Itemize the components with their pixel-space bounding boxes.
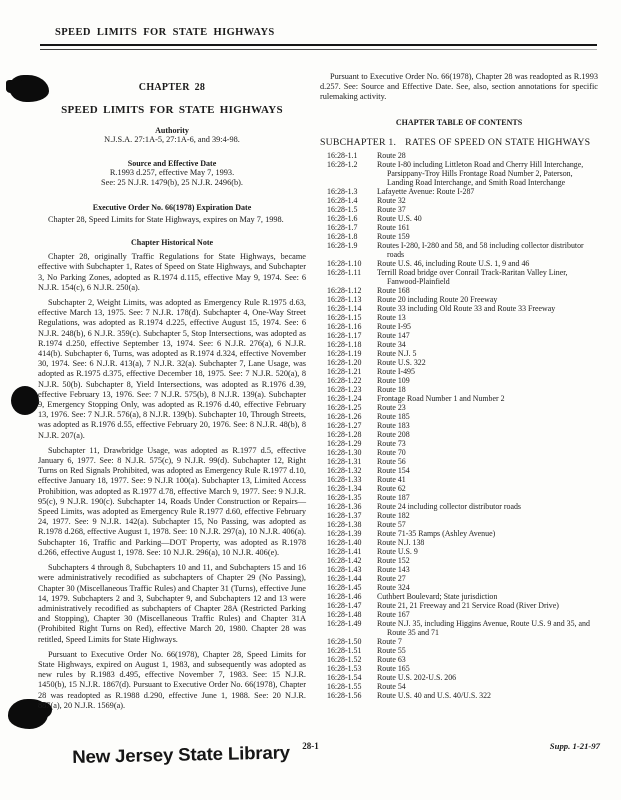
toc-entry: 16:28-1.14 Route 33 including Old Route … <box>320 304 598 313</box>
toc-entry: 16:28-1.17 Route 147 <box>320 331 598 340</box>
toc-entry-number: 16:28-1.18 <box>327 340 377 349</box>
toc-entry: 16:28-1.9 Routes I-280, I-280 and 58, an… <box>320 241 598 259</box>
toc-entry: 16:28-1.49 Route N.J. 35, including Higg… <box>320 619 598 637</box>
toc-entry-title: Cuthbert Boulevard; State jurisdiction <box>377 592 598 601</box>
toc-entry-number: 16:28-1.15 <box>327 313 377 322</box>
chapter-number-heading: CHAPTER 28 <box>38 82 306 93</box>
toc-entry-title: Route 208 <box>377 430 598 439</box>
toc-entry-number: 16:28-1.56 <box>327 691 377 700</box>
toc-entry-number: 16:28-1.5 <box>327 205 377 214</box>
toc-entry-number: 16:28-1.27 <box>327 421 377 430</box>
toc-entry: 16:28-1.12 Route 168 <box>320 286 598 295</box>
historical-paragraph: Subchapter 11, Drawbridge Usage, was ado… <box>38 446 306 558</box>
toc-entry-number: 16:28-1.53 <box>327 664 377 673</box>
expiration-heading: Executive Order No. 66(1978) Expiration … <box>38 203 306 212</box>
toc-entry-number: 16:28-1.22 <box>327 376 377 385</box>
toc-entry-title: Route N.J. 5 <box>377 349 598 358</box>
toc-entry: 16:28-1.45 Route 324 <box>320 583 598 592</box>
toc-entry: 16:28-1.52 Route 63 <box>320 655 598 664</box>
toc-entry-title: Route U.S. 9 <box>377 547 598 556</box>
toc-entry-number: 16:28-1.20 <box>327 358 377 367</box>
toc-entry-title: Route N.J. 138 <box>377 538 598 547</box>
toc-entry-number: 16:28-1.9 <box>327 241 377 259</box>
toc-entry: 16:28-1.41 Route U.S. 9 <box>320 547 598 556</box>
toc-entry-number: 16:28-1.55 <box>327 682 377 691</box>
toc-entry: 16:28-1.26 Route 185 <box>320 412 598 421</box>
chapter-title-heading: SPEED LIMITS FOR STATE HIGHWAYS <box>38 104 306 116</box>
toc-entry-number: 16:28-1.30 <box>327 448 377 457</box>
toc-entry: 16:28-1.30 Route 70 <box>320 448 598 457</box>
toc-entry-title: Route 147 <box>377 331 598 340</box>
toc-entry-title: Route 187 <box>377 493 598 502</box>
toc-entry-title: Route 55 <box>377 646 598 655</box>
subchapter-title: RATES OF SPEED ON STATE HIGHWAYS <box>405 137 590 148</box>
source-heading: Source and Effective Date <box>38 159 306 168</box>
toc-entry-number: 16:28-1.8 <box>327 232 377 241</box>
historical-paragraph: Pursuant to Executive Order No. 66(1978)… <box>38 650 306 711</box>
toc-entry: 16:28-1.40 Route N.J. 138 <box>320 538 598 547</box>
toc-entry-title: Route 109 <box>377 376 598 385</box>
toc-entry-number: 16:28-1.25 <box>327 403 377 412</box>
toc-entry-number: 16:28-1.28 <box>327 430 377 439</box>
toc-entry: 16:28-1.16 Route I-95 <box>320 322 598 331</box>
toc-entry-number: 16:28-1.6 <box>327 214 377 223</box>
toc-entry: 16:28-1.32 Route 154 <box>320 466 598 475</box>
toc-entry: 16:28-1.11 Terrill Road bridge over Conr… <box>320 268 598 286</box>
toc-entry-number: 16:28-1.47 <box>327 601 377 610</box>
toc-entry: 16:28-1.56 Route U.S. 40 and U.S. 40/U.S… <box>320 691 598 700</box>
toc-entry: 16:28-1.46 Cuthbert Boulevard; State jur… <box>320 592 598 601</box>
subchapter-label: SUBCHAPTER 1. <box>320 137 396 148</box>
historical-note-paragraphs: Chapter 28, originally Traffic Regulatio… <box>38 252 306 711</box>
toc-entry: 16:28-1.54 Route U.S. 202-U.S. 206 <box>320 673 598 682</box>
toc-entry-title: Route 18 <box>377 385 598 394</box>
toc-entry: 16:28-1.19 Route N.J. 5 <box>320 349 598 358</box>
toc-entry-title: Route 21, 21 Freeway and 21 Service Road… <box>377 601 598 610</box>
toc-entry-number: 16:28-1.45 <box>327 583 377 592</box>
toc-entry-number: 16:28-1.40 <box>327 538 377 547</box>
toc-entry-title: Route 152 <box>377 556 598 565</box>
toc-entry-number: 16:28-1.42 <box>327 556 377 565</box>
toc-entry: 16:28-1.23 Route 18 <box>320 385 598 394</box>
toc-entry-number: 16:28-1.29 <box>327 439 377 448</box>
toc-entry-number: 16:28-1.32 <box>327 466 377 475</box>
toc-entry-title: Route I-80 including Littleton Road and … <box>377 160 598 187</box>
toc-entry-number: 16:28-1.37 <box>327 511 377 520</box>
toc-entry: 16:28-1.51 Route 55 <box>320 646 598 655</box>
left-column: CHAPTER 28 SPEED LIMITS FOR STATE HIGHWA… <box>38 82 306 711</box>
running-header: SPEED LIMITS FOR STATE HIGHWAYS <box>55 27 275 38</box>
toc-entry-title: Route 71-35 Ramps (Ashley Avenue) <box>377 529 598 538</box>
toc-entry-number: 16:28-1.12 <box>327 286 377 295</box>
historical-note-heading: Chapter Historical Note <box>38 238 306 247</box>
toc-entry-title: Route 33 including Old Route 33 and Rout… <box>377 304 598 313</box>
toc-entry-title: Route U.S. 202-U.S. 206 <box>377 673 598 682</box>
toc-entry: 16:28-1.13 Route 20 including Route 20 F… <box>320 295 598 304</box>
toc-entry-number: 16:28-1.49 <box>327 619 377 637</box>
toc-entry: 16:28-1.3 Lafayette Avenue: Route I-287 <box>320 187 598 196</box>
header-rule-shadow <box>40 49 597 50</box>
toc-entry-title: Route 154 <box>377 466 598 475</box>
toc-entry: 16:28-1.43 Route 143 <box>320 565 598 574</box>
toc-entry-number: 16:28-1.16 <box>327 322 377 331</box>
toc-entry: 16:28-1.53 Route 165 <box>320 664 598 673</box>
toc-entry-number: 16:28-1.10 <box>327 259 377 268</box>
toc-entry-number: 16:28-1.24 <box>327 394 377 403</box>
source-line-1: R.1993 d.257, effective May 7, 1993. <box>38 168 306 178</box>
toc-entry-title: Route 20 including Route 20 Freeway <box>377 295 598 304</box>
toc-entry-number: 16:28-1.52 <box>327 655 377 664</box>
toc-entry-number: 16:28-1.38 <box>327 520 377 529</box>
toc-entry-title: Route 32 <box>377 196 598 205</box>
toc-entry-number: 16:28-1.4 <box>327 196 377 205</box>
toc-heading: CHAPTER TABLE OF CONTENTS <box>320 118 598 127</box>
toc-entry-number: 16:28-1.51 <box>327 646 377 655</box>
readoption-paragraph: Pursuant to Executive Order No. 66(1978)… <box>320 72 598 103</box>
toc-entry-title: Route 73 <box>377 439 598 448</box>
toc-entry-title: Route 161 <box>377 223 598 232</box>
toc-entry-number: 16:28-1.33 <box>327 475 377 484</box>
header-rule <box>40 44 597 46</box>
toc-entry-title: Route 167 <box>377 610 598 619</box>
toc-entry-title: Route 24 including collector distributor… <box>377 502 598 511</box>
toc-entry-title: Route 165 <box>377 664 598 673</box>
toc-entry: 16:28-1.7 Route 161 <box>320 223 598 232</box>
toc-entry-number: 16:28-1.13 <box>327 295 377 304</box>
toc-entry: 16:28-1.38 Route 57 <box>320 520 598 529</box>
toc-entry: 16:28-1.36 Route 24 including collector … <box>320 502 598 511</box>
toc-entry-number: 16:28-1.36 <box>327 502 377 511</box>
library-stamp: New Jersey State Library <box>72 742 290 768</box>
toc-entry: 16:28-1.55 Route 54 <box>320 682 598 691</box>
toc-entry-number: 16:28-1.1 <box>327 151 377 160</box>
toc-entry-title: Route 183 <box>377 421 598 430</box>
toc-entry-number: 16:28-1.35 <box>327 493 377 502</box>
toc-entry-title: Route 70 <box>377 448 598 457</box>
toc-entry: 16:28-1.20 Route U.S. 322 <box>320 358 598 367</box>
toc-entry-title: Route 13 <box>377 313 598 322</box>
footer-supplement-date: Supp. 1-21-97 <box>550 741 600 751</box>
toc-entry-number: 16:28-1.21 <box>327 367 377 376</box>
toc-entry-title: Route U.S. 40 <box>377 214 598 223</box>
toc-entry: 16:28-1.48 Route 167 <box>320 610 598 619</box>
toc-entry-title: Route 28 <box>377 151 598 160</box>
toc-entry: 16:28-1.42 Route 152 <box>320 556 598 565</box>
toc-entry-number: 16:28-1.54 <box>327 673 377 682</box>
toc-entry-number: 16:28-1.43 <box>327 565 377 574</box>
toc-entry-title: Route 27 <box>377 574 598 583</box>
toc-entry-title: Route 182 <box>377 511 598 520</box>
toc-entry: 16:28-1.1 Route 28 <box>320 151 598 160</box>
toc-entry-title: Route 57 <box>377 520 598 529</box>
toc-entry-number: 16:28-1.19 <box>327 349 377 358</box>
toc-entry: 16:28-1.28 Route 208 <box>320 430 598 439</box>
toc-entry: 16:28-1.34 Route 62 <box>320 484 598 493</box>
toc-entry: 16:28-1.18 Route 34 <box>320 340 598 349</box>
subchapter-heading: SUBCHAPTER 1.RATES OF SPEED ON STATE HIG… <box>320 138 598 149</box>
source-line-2: See: 25 N.J.R. 1479(b), 25 N.J.R. 2496(b… <box>38 178 306 188</box>
toc-entry: 16:28-1.44 Route 27 <box>320 574 598 583</box>
right-column: Pursuant to Executive Order No. 66(1978)… <box>320 72 598 700</box>
toc-entry: 16:28-1.37 Route 182 <box>320 511 598 520</box>
toc-entry-number: 16:28-1.34 <box>327 484 377 493</box>
toc-entry-title: Route U.S. 322 <box>377 358 598 367</box>
toc-entry-title: Routes I-280, I-280 and 58, and 58 inclu… <box>377 241 598 259</box>
toc-entry: 16:28-1.31 Route 56 <box>320 457 598 466</box>
toc-entry-title: Route I-95 <box>377 322 598 331</box>
toc-entry-number: 16:28-1.11 <box>327 268 377 286</box>
historical-paragraph: Subchapters 4 through 8, Subchapters 10 … <box>38 563 306 645</box>
toc-entry: 16:28-1.25 Route 23 <box>320 403 598 412</box>
toc-entry: 16:28-1.8 Route 159 <box>320 232 598 241</box>
toc-entry-title: Route U.S. 46, including Route U.S. 1, 9… <box>377 259 598 268</box>
toc-entry-number: 16:28-1.46 <box>327 592 377 601</box>
toc-entry-title: Route 159 <box>377 232 598 241</box>
toc-entry: 16:28-1.22 Route 109 <box>320 376 598 385</box>
toc-entry-title: Route 62 <box>377 484 598 493</box>
toc-entry-title: Route 143 <box>377 565 598 574</box>
toc-entry-number: 16:28-1.41 <box>327 547 377 556</box>
toc-entry: 16:28-1.21 Route I-495 <box>320 367 598 376</box>
toc-entry: 16:28-1.33 Route 41 <box>320 475 598 484</box>
toc-entry: 16:28-1.2 Route I-80 including Littleton… <box>320 160 598 187</box>
running-header-title: SPEED LIMITS FOR STATE HIGHWAYS <box>55 27 275 38</box>
toc-entry-title: Frontage Road Number 1 and Number 2 <box>377 394 598 403</box>
toc-entry-title: Route 324 <box>377 583 598 592</box>
historical-paragraph: Chapter 28, originally Traffic Regulatio… <box>38 252 306 293</box>
toc-entry-number: 16:28-1.23 <box>327 385 377 394</box>
toc-entry-title: Route 56 <box>377 457 598 466</box>
toc-entry-number: 16:28-1.2 <box>327 160 377 187</box>
expiration-paragraph: Chapter 28, Speed Limits for State Highw… <box>38 215 306 225</box>
toc-entry-title: Route 7 <box>377 637 598 646</box>
toc-entry-title: Route N.J. 35, including Higgins Avenue,… <box>377 619 598 637</box>
toc-entry-title: Lafayette Avenue: Route I-287 <box>377 187 598 196</box>
toc-entry-number: 16:28-1.26 <box>327 412 377 421</box>
toc-entry-number: 16:28-1.48 <box>327 610 377 619</box>
toc-entry: 16:28-1.6 Route U.S. 40 <box>320 214 598 223</box>
toc-entry: 16:28-1.5 Route 37 <box>320 205 598 214</box>
toc-entry-number: 16:28-1.31 <box>327 457 377 466</box>
toc-entry-title: Route U.S. 40 and U.S. 40/U.S. 322 <box>377 691 598 700</box>
scan-artifact-blob-middle <box>11 386 39 415</box>
toc-entry-number: 16:28-1.17 <box>327 331 377 340</box>
authority-heading: Authority <box>38 126 306 135</box>
authority-citation: N.J.S.A. 27:1A-5, 27:1A-6, and 39:4-98. <box>38 135 306 145</box>
toc-entry: 16:28-1.4 Route 32 <box>320 196 598 205</box>
toc-entry-number: 16:28-1.14 <box>327 304 377 313</box>
toc-entry-title: Route 37 <box>377 205 598 214</box>
toc-entry: 16:28-1.50 Route 7 <box>320 637 598 646</box>
toc-entry-title: Route I-495 <box>377 367 598 376</box>
toc-entry-title: Route 23 <box>377 403 598 412</box>
toc-entry-number: 16:28-1.44 <box>327 574 377 583</box>
toc-entry: 16:28-1.35 Route 187 <box>320 493 598 502</box>
toc-entry-title: Route 41 <box>377 475 598 484</box>
toc-entry-title: Route 168 <box>377 286 598 295</box>
toc-entry-title: Route 34 <box>377 340 598 349</box>
toc-entry: 16:28-1.39 Route 71-35 Ramps (Ashley Ave… <box>320 529 598 538</box>
toc-entry: 16:28-1.47 Route 21, 21 Freeway and 21 S… <box>320 601 598 610</box>
toc-entry: 16:28-1.27 Route 183 <box>320 421 598 430</box>
toc-entry-title: Route 63 <box>377 655 598 664</box>
toc-entry: 16:28-1.29 Route 73 <box>320 439 598 448</box>
toc-entry-number: 16:28-1.50 <box>327 637 377 646</box>
toc-entry: 16:28-1.15 Route 13 <box>320 313 598 322</box>
toc-list: 16:28-1.1 Route 28 16:28-1.2 Route I-80 … <box>320 151 598 700</box>
toc-entry-number: 16:28-1.39 <box>327 529 377 538</box>
toc-entry: 16:28-1.10 Route U.S. 46, including Rout… <box>320 259 598 268</box>
toc-entry-title: Route 54 <box>377 682 598 691</box>
toc-entry-number: 16:28-1.3 <box>327 187 377 196</box>
historical-paragraph: Subchapter 2, Weight Limits, was adopted… <box>38 298 306 441</box>
toc-entry-title: Route 185 <box>377 412 598 421</box>
toc-entry-number: 16:28-1.7 <box>327 223 377 232</box>
toc-entry: 16:28-1.24 Frontage Road Number 1 and Nu… <box>320 394 598 403</box>
toc-entry-title: Terrill Road bridge over Conrail Track-R… <box>377 268 598 286</box>
document-page: SPEED LIMITS FOR STATE HIGHWAYS CHAPTER … <box>0 0 621 800</box>
